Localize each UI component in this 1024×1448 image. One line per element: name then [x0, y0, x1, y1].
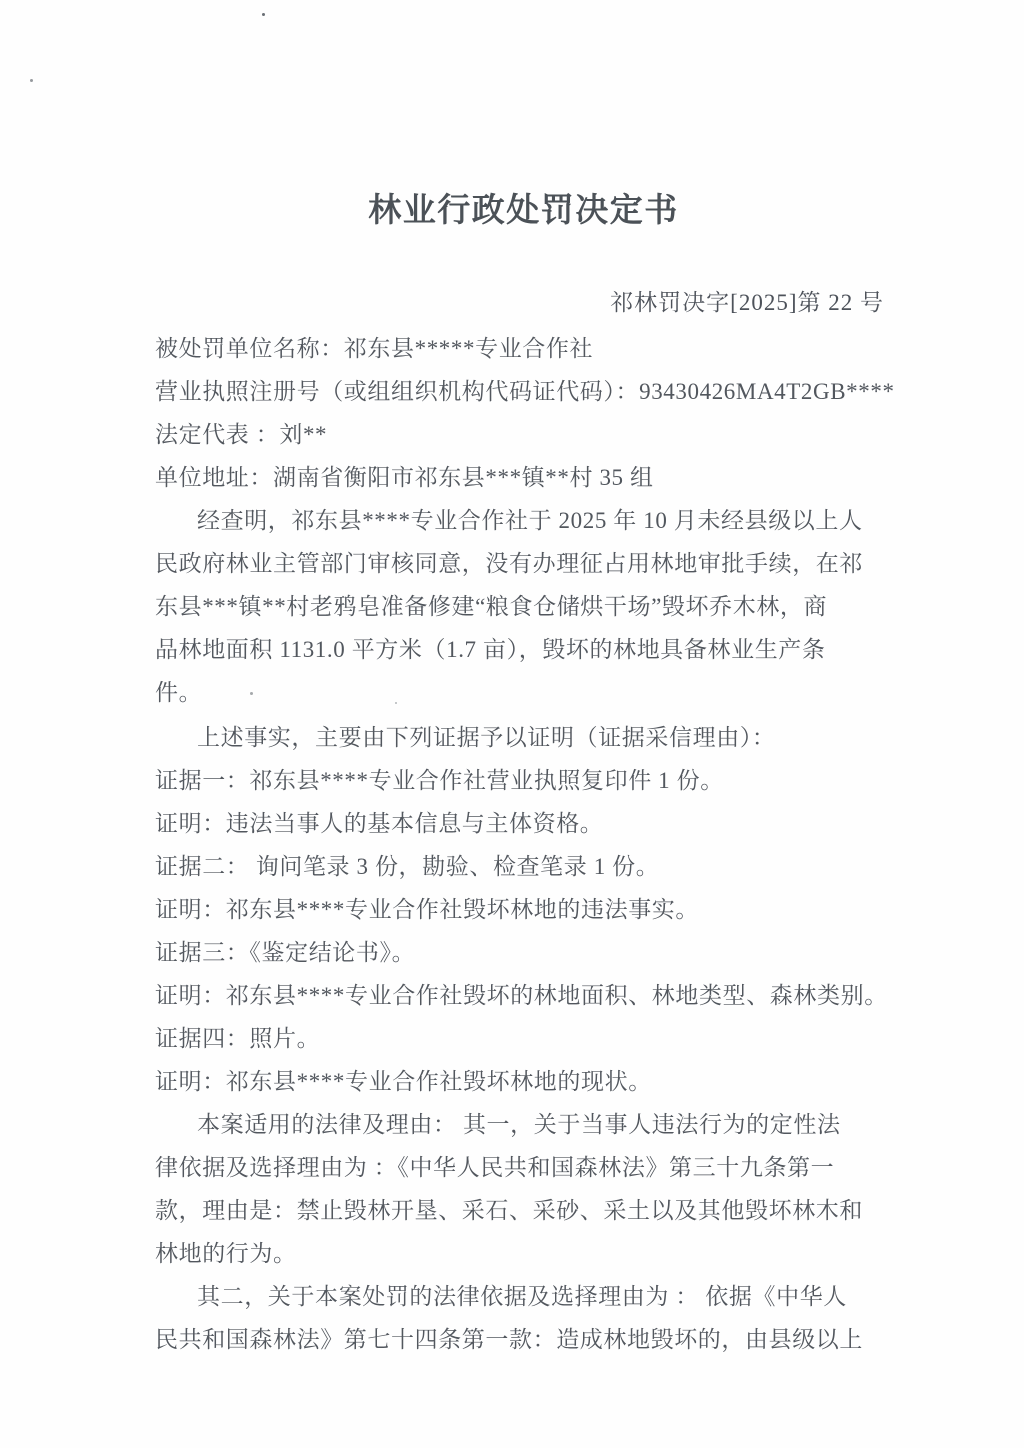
- legal-basis-line: 林地的行为。: [155, 1232, 892, 1275]
- evidence-item-line: 证据四：照片。: [155, 1017, 892, 1060]
- unit-address-line: 单位地址：湖南省衡阳市祁东县***镇**村 35 组: [155, 456, 892, 499]
- evidence-item-line: 证据一：祁东县****专业合作社营业执照复印件 1 份。: [155, 759, 892, 802]
- legal-basis-line: 其二，关于本案处罚的法律依据及选择理由为 ： 依据《中华人: [155, 1275, 892, 1318]
- findings-line: 东县***镇**村老鸦皂准备修建“粮食仓储烘干场”毁坏乔木林，商: [155, 585, 892, 628]
- legal-basis-line: 款，理由是：禁止毁林开垦、采石、采砂、采土以及其他毁坏林木和: [155, 1189, 892, 1232]
- evidence-item-line: 证据三：《鉴定结论书》。: [155, 931, 892, 974]
- findings-line: 品林地面积 1131.0 平方米（1.7 亩），毁坏的林地具备林业生产条: [155, 628, 892, 671]
- legal-representative-line: 法定代表 ：刘**: [155, 413, 892, 456]
- evidence-list: 证据一：祁东县****专业合作社营业执照复印件 1 份。 证明：违法当事人的基本…: [155, 759, 892, 1103]
- findings-line: 经查明，祁东县****专业合作社于 2025 年 10 月未经县级以上人: [155, 499, 892, 542]
- legal-basis-penalty-paragraph: 其二，关于本案处罚的法律依据及选择理由为 ： 依据《中华人 民共和国森林法》第七…: [155, 1275, 892, 1361]
- scanned-document-page: 林业行政处罚决定书 祁林罚决字[2025]第 22 号 被处罚单位名称：祁东县*…: [0, 0, 1024, 1448]
- evidence-item-line: 证据二： 询问笔录 3 份，勘验、检查笔录 1 份。: [155, 845, 892, 888]
- evidence-proves-line: 证明：祁东县****专业合作社毁坏的林地面积、林地类型、森林类别。: [155, 974, 892, 1017]
- evidence-intro-paragraph: 上述事实，主要由下列证据予以证明（证据采信理由）：: [155, 716, 892, 759]
- findings-line: 民政府林业主管部门审核同意，没有办理征占用林地审批手续，在祁: [155, 542, 892, 585]
- findings-paragraph: 经查明，祁东县****专业合作社于 2025 年 10 月未经县级以上人 民政府…: [155, 499, 892, 714]
- business-license-line: 营业执照注册号（或组组织机构代码证代码）：93430426MA4T2GB****: [155, 370, 892, 413]
- legal-basis-line: 律依据及选择理由为 ：《中华人民共和国森林法》第三十九条第一: [155, 1146, 892, 1189]
- document-number: 祁林罚决字[2025]第 22 号: [155, 285, 892, 321]
- evidence-proves-line: 证明：祁东县****专业合作社毁坏林地的现状。: [155, 1060, 892, 1103]
- evidence-proves-line: 证明：祁东县****专业合作社毁坏林地的违法事实。: [155, 888, 892, 931]
- party-name-line: 被处罚单位名称：祁东县*****专业合作社: [155, 327, 892, 370]
- legal-basis-qualitative-paragraph: 本案适用的法律及理由： 其一，关于当事人违法行为的定性法 律依据及选择理由为 ：…: [155, 1103, 892, 1275]
- scan-speck: [30, 79, 33, 82]
- evidence-proves-line: 证明：违法当事人的基本信息与主体资格。: [155, 802, 892, 845]
- legal-basis-line: 民共和国森林法》第七十四条第一款：造成林地毁坏的，由县级以上: [155, 1318, 892, 1361]
- evidence-intro-line: 上述事实，主要由下列证据予以证明（证据采信理由）：: [155, 716, 892, 759]
- party-info-section: 被处罚单位名称：祁东县*****专业合作社 营业执照注册号（或组组织机构代码证代…: [155, 327, 892, 499]
- document-title: 林业行政处罚决定书: [155, 190, 892, 230]
- findings-line: 件。: [155, 671, 892, 714]
- legal-basis-line: 本案适用的法律及理由： 其一，关于当事人违法行为的定性法: [155, 1103, 892, 1146]
- document-content: 林业行政处罚决定书 祁林罚决字[2025]第 22 号 被处罚单位名称：祁东县*…: [155, 0, 892, 1361]
